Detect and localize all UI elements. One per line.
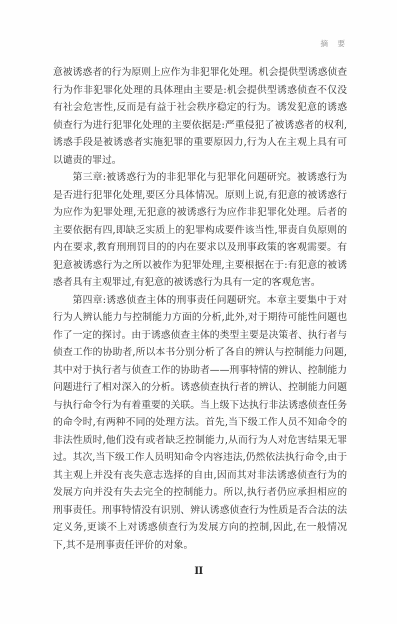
page-number: II (0, 566, 397, 577)
body-paragraph: 第四章:诱惑侦查主体的刑事责任问题研究。本章主要集中于对行为人辨认能力与控制能力… (53, 292, 347, 555)
body-paragraph: 第三章:被诱惑行为的非犯罪化与犯罪化问题研究。被诱惑行为是否进行犯罪化处理,要区… (53, 169, 347, 292)
document-page: 摘 要 意被诱惑者的行为原则上应作为非犯罪化处理。机会提供型诱惑侦查行为作非犯罪… (0, 0, 397, 624)
body-text-block: 意被诱惑者的行为原则上应作为非犯罪化处理。机会提供型诱惑侦查行为作非犯罪化处理的… (53, 64, 347, 554)
body-paragraph: 意被诱惑者的行为原则上应作为非犯罪化处理。机会提供型诱惑侦查行为作非犯罪化处理的… (53, 64, 347, 169)
running-header: 摘 要 (321, 38, 347, 49)
